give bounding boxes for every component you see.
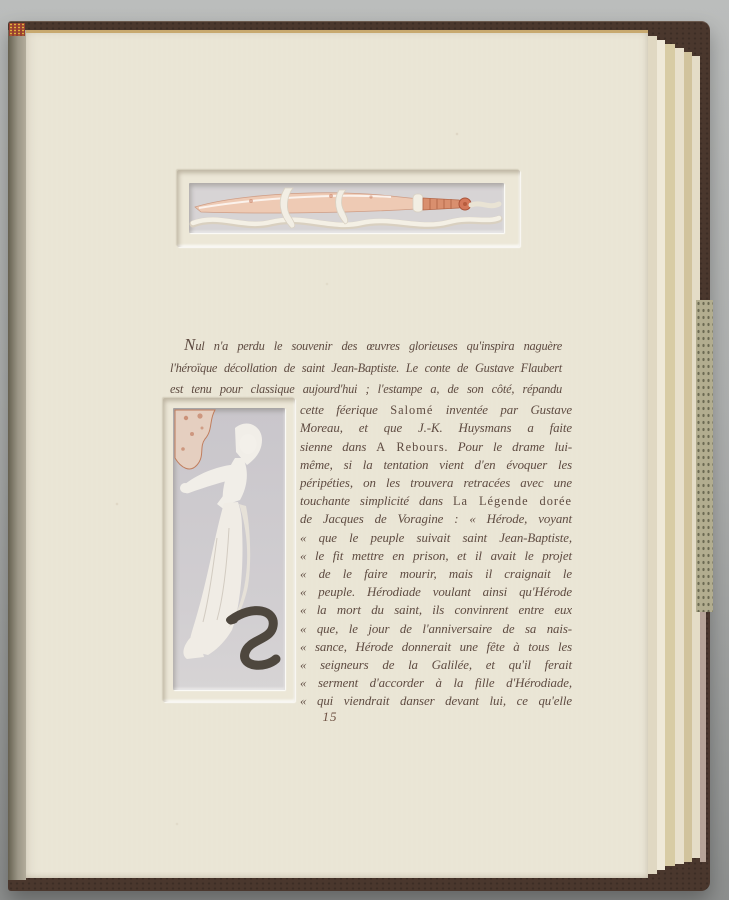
roman-phrase: A Rebours [376, 440, 444, 454]
text-line: « peuple. Hérodiade voulant ainsi qu'Hér… [300, 583, 572, 601]
endpaper-edge [700, 612, 706, 862]
sword-relief-panel [177, 170, 520, 247]
page-fore-edge [684, 52, 692, 862]
sword-plate [189, 183, 504, 233]
text-line: Moreau, et que J.-K. Huysmans a faite [300, 419, 572, 437]
text-line: cette féerique Salomé inventée par Gusta… [300, 401, 572, 419]
text-line: « que le peuple suivait saint Jean-Bapti… [300, 529, 572, 547]
text-line: touchante simplicité dans La Légende dor… [300, 492, 572, 510]
drop-initial: N [184, 335, 195, 354]
sword-icon [189, 183, 504, 233]
text-line: sienne dans A Rebours. Pour le drame lui… [300, 438, 572, 456]
text-line: « qui viendrait danser devant lui, ce qu… [300, 692, 572, 710]
book-gutter-edge [8, 30, 26, 880]
roman-phrase: La Légende dorée [453, 494, 572, 508]
page-number: 15 [314, 709, 346, 725]
text-line: de Jacques de Voragine : « Hérode, voyan… [300, 510, 572, 528]
text-line: « serment d'accorder à la fille d'Hérodi… [300, 674, 572, 692]
marbled-edge [696, 300, 713, 612]
intro-paragraph: Nul n'a perdu le souvenir des œuvres glo… [170, 336, 572, 401]
foxing-specks [26, 33, 28, 35]
book-page: Nul n'a perdu le souvenir des œuvres glo… [26, 33, 648, 878]
book-photo: Nul n'a perdu le souvenir des œuvres glo… [0, 0, 729, 900]
roman-phrase: Salomé [390, 403, 433, 417]
text-line: « de le faire mourir, mais il craignait … [300, 565, 572, 583]
text-line: « le fit mettre en prison, et il avait l… [300, 547, 572, 565]
page-fore-edge [657, 40, 665, 870]
text-line: « seigneurs de la Galilée, et qu'il fera… [300, 656, 572, 674]
text-line: même, si la tentation vient d'en évoquer… [300, 456, 572, 474]
text-line: péripéties, on les trouvera retracées av… [300, 474, 572, 492]
page-text: Nul n'a perdu le souvenir des œuvres glo… [170, 336, 572, 711]
text-line: Nul n'a perdu le souvenir des œuvres glo… [170, 336, 562, 358]
text-line: « sance, Hérode donnerait une fête à tou… [300, 638, 572, 656]
text-line: est tenu pour classique aujourd'hui ; l'… [170, 379, 562, 401]
text-line: l'héroïque décollation de saint Jean-Bap… [170, 358, 562, 380]
page-fore-edge [648, 36, 657, 874]
page-fore-edge [665, 44, 675, 866]
page-fore-edge [675, 48, 684, 864]
text-line: « que, le jour de l'anniversaire de sa n… [300, 620, 572, 638]
marbled-endpaper-corner [9, 23, 25, 36]
wrapped-paragraph: cette féerique Salomé inventée par Gusta… [300, 401, 572, 710]
text-line: « la mort du saint, ils convinrent entre… [300, 601, 572, 619]
